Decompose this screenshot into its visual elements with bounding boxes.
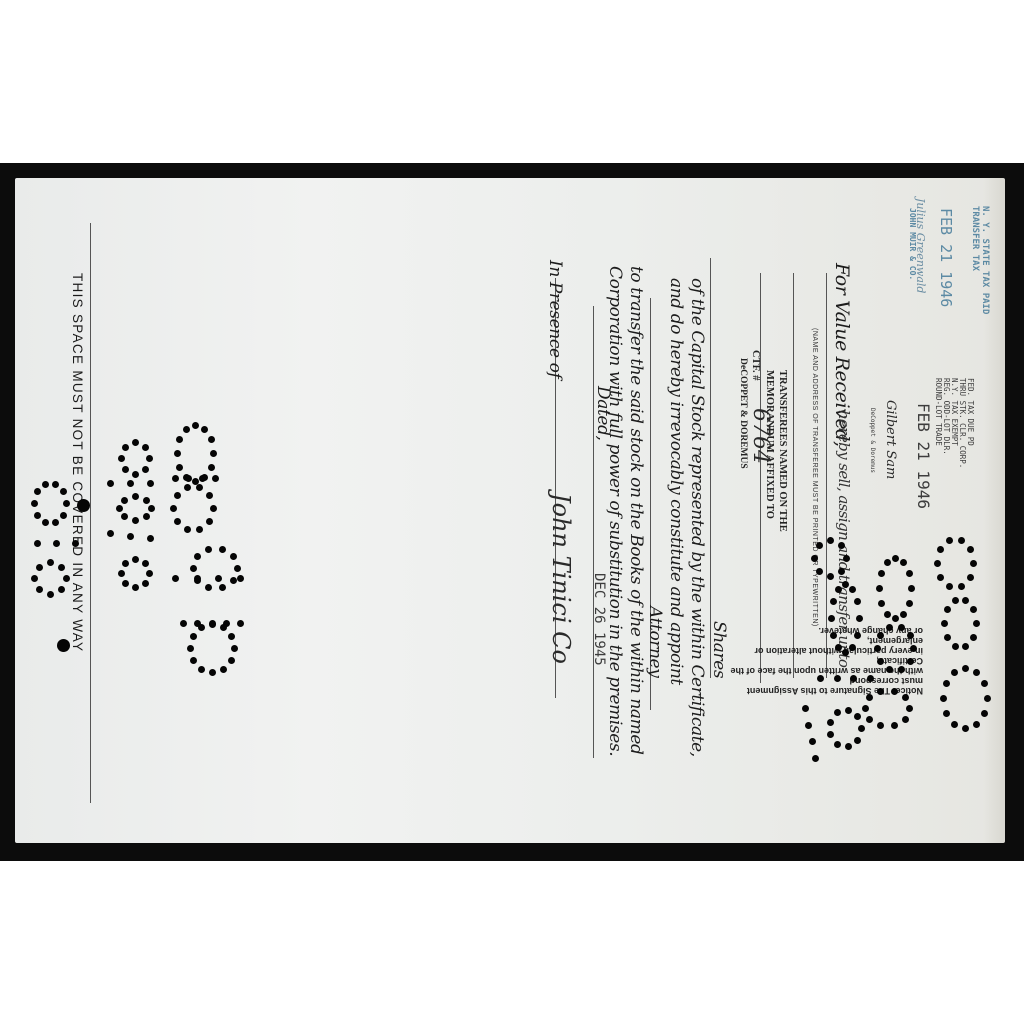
perforation-hole (884, 559, 891, 566)
perforation-hole (827, 731, 834, 738)
perforation-hole (835, 586, 842, 593)
perforation-hole (148, 505, 155, 512)
perforation-hole (42, 481, 49, 488)
perforation-hole (856, 615, 863, 622)
perforation-hole (172, 575, 179, 582)
perforation-hole (878, 600, 885, 607)
perforation-hole (866, 716, 873, 723)
perforation-hole (908, 585, 915, 592)
perforation-hole (877, 658, 884, 665)
perforation-hole (967, 546, 974, 553)
perforation-hole (34, 488, 41, 495)
perforation-hole (210, 505, 217, 512)
perforation-hole (906, 705, 913, 712)
perforation-hole (132, 493, 139, 500)
perforation-hole (874, 645, 881, 652)
perforation-hole (127, 480, 134, 487)
perforation-hole (886, 666, 893, 673)
perforation-hole (811, 555, 818, 562)
perforation-hole (52, 481, 59, 488)
perforation-hole (842, 649, 849, 656)
perforation-hole (47, 559, 54, 566)
perforation-hole (170, 505, 177, 512)
perforation-hole (146, 455, 153, 462)
perforation-hole (962, 665, 969, 672)
perforation-hole (952, 597, 959, 604)
perforation-hole (962, 725, 969, 732)
perforation-hole (940, 695, 947, 702)
perforation-hole (132, 517, 139, 524)
perforation-hole (849, 586, 856, 593)
perforation-hole (830, 598, 837, 605)
perforation-hole (967, 574, 974, 581)
perforation-hole (142, 466, 149, 473)
perforation-hole (174, 492, 181, 499)
perforation-hole (192, 422, 199, 429)
perforation-hole (147, 535, 154, 542)
perforation-hole (843, 555, 850, 562)
perforation-hole (196, 484, 203, 491)
certificate-paper: THIS SPACE MUST NOT BE COVERED IN ANY WA… (15, 178, 1005, 843)
perforation-hole (944, 634, 951, 641)
perforation-hole (34, 512, 41, 519)
perforation-hole (809, 738, 816, 745)
perforation-hole (194, 553, 201, 560)
perforation-hole (58, 564, 65, 571)
perforation-hole (198, 666, 205, 673)
perforation-hole (176, 436, 183, 443)
perforation-hole (943, 680, 950, 687)
perforation-hole (199, 475, 206, 482)
cancellation-perforations (15, 178, 1005, 843)
perforation-hole (60, 488, 67, 495)
perforation-hole (862, 705, 869, 712)
perforation-hole (958, 537, 965, 544)
perforation-hole (951, 669, 958, 676)
perforation-hole (118, 570, 125, 577)
perforation-hole (228, 657, 235, 664)
perforation-hole (941, 620, 948, 627)
perforation-hole (121, 497, 128, 504)
perforation-hole (907, 658, 914, 665)
perforation-hole (907, 632, 914, 639)
perforation-hole (77, 499, 90, 512)
perforation-hole (944, 606, 951, 613)
perforation-hole (132, 584, 139, 591)
perforation-hole (849, 644, 856, 651)
perforation-hole (208, 464, 215, 471)
perforation-hole (57, 639, 70, 652)
perforation-hole (63, 575, 70, 582)
perforation-hole (31, 575, 38, 582)
perforation-hole (142, 560, 149, 567)
perforation-hole (951, 721, 958, 728)
perforation-hole (237, 575, 244, 582)
perforation-hole (970, 560, 977, 567)
perforation-hole (838, 568, 845, 575)
perforation-hole (205, 584, 212, 591)
perforation-hole (174, 518, 181, 525)
perforation-hole (132, 439, 139, 446)
perforation-hole (878, 570, 885, 577)
perforation-hole (230, 577, 237, 584)
perforation-hole (900, 611, 907, 618)
perforation-hole (122, 580, 129, 587)
perforation-hole (122, 466, 129, 473)
perforation-hole (877, 688, 884, 695)
perforation-hole (984, 695, 991, 702)
perforation-hole (220, 666, 227, 673)
perforation-hole (220, 624, 227, 631)
perforation-hole (215, 575, 222, 582)
perforation-hole (36, 564, 43, 571)
perforation-hole (146, 570, 153, 577)
perforation-hole (194, 575, 201, 582)
perforation-hole (219, 546, 226, 553)
perforation-hole (845, 743, 852, 750)
perforation-hole (107, 530, 114, 537)
perforation-hole (981, 710, 988, 717)
perforation-hole (866, 694, 873, 701)
perforation-hole (52, 519, 59, 526)
perforation-hole (812, 755, 819, 762)
perforation-hole (892, 555, 899, 562)
perforation-hole (854, 713, 861, 720)
perforation-hole (902, 694, 909, 701)
perforation-hole (107, 480, 114, 487)
perforation-hole (906, 600, 913, 607)
perforation-hole (198, 624, 205, 631)
perforation-hole (190, 633, 197, 640)
perforation-hole (827, 537, 834, 544)
perforation-hole (962, 643, 969, 650)
perforation-hole (937, 546, 944, 553)
perforation-hole (854, 632, 861, 639)
perforation-hole (943, 710, 950, 717)
perforation-hole (898, 666, 905, 673)
perforation-hole (228, 633, 235, 640)
perforation-hole (842, 581, 849, 588)
perforation-hole (183, 426, 190, 433)
perforation-hole (838, 542, 845, 549)
perforation-hole (900, 559, 907, 566)
perforation-hole (854, 598, 861, 605)
perforation-hole (53, 540, 60, 547)
perforation-hole (892, 615, 899, 622)
perforation-hole (184, 484, 191, 491)
perforation-hole (946, 537, 953, 544)
perforation-hole (31, 500, 38, 507)
perforation-hole (143, 513, 150, 520)
perforation-hole (201, 426, 208, 433)
perforation-hole (208, 436, 215, 443)
perforation-hole (58, 586, 65, 593)
perforation-hole (172, 475, 179, 482)
perforation-hole (184, 526, 191, 533)
perforation-hole (237, 620, 244, 627)
perforation-hole (970, 606, 977, 613)
perforation-hole (827, 719, 834, 726)
perforation-hole (817, 675, 824, 682)
perforation-hole (876, 585, 883, 592)
perforation-hole (206, 518, 213, 525)
perforation-hole (209, 621, 216, 628)
perforation-hole (827, 573, 834, 580)
perforation-hole (121, 513, 128, 520)
perforation-hole (142, 580, 149, 587)
perforation-hole (845, 707, 852, 714)
perforation-hole (206, 492, 213, 499)
perforation-hole (830, 632, 837, 639)
perforation-hole (828, 615, 835, 622)
perforation-hole (946, 583, 953, 590)
perforation-hole (143, 497, 150, 504)
perforation-hole (886, 624, 893, 631)
perforation-hole (867, 675, 874, 682)
perforation-hole (816, 568, 823, 575)
perforation-hole (180, 620, 187, 627)
perforation-hole (906, 570, 913, 577)
perforation-hole (132, 556, 139, 563)
perforation-hole (60, 512, 67, 519)
perforation-hole (884, 611, 891, 618)
perforation-hole (970, 634, 977, 641)
perforation-hole (902, 716, 909, 723)
perforation-hole (834, 675, 841, 682)
perforation-hole (816, 542, 823, 549)
perforation-hole (122, 444, 129, 451)
perforation-hole (205, 546, 212, 553)
perforation-hole (72, 540, 79, 547)
perforation-hole (937, 574, 944, 581)
perforation-hole (132, 471, 139, 478)
perforation-hole (47, 591, 54, 598)
perforation-hole (805, 722, 812, 729)
perforation-hole (190, 657, 197, 664)
perforation-hole (877, 722, 884, 729)
perforation-hole (127, 533, 134, 540)
perforation-hole (142, 444, 149, 451)
perforation-hole (116, 505, 123, 512)
perforation-hole (973, 620, 980, 627)
perforation-hole (858, 725, 865, 732)
perforation-hole (891, 688, 898, 695)
perforation-hole (850, 675, 857, 682)
perforation-hole (877, 632, 884, 639)
perforation-hole (934, 560, 941, 567)
perforation-hole (891, 722, 898, 729)
perforation-hole (187, 645, 194, 652)
perforation-hole (230, 553, 237, 560)
perforation-hole (36, 586, 43, 593)
perforation-hole (973, 721, 980, 728)
perforation-hole (802, 705, 809, 712)
perforation-hole (122, 560, 129, 567)
perforation-hole (958, 583, 965, 590)
perforation-hole (34, 540, 41, 547)
perforation-hole (973, 669, 980, 676)
perforation-hole (854, 737, 861, 744)
perforation-hole (834, 709, 841, 716)
perforation-hole (835, 644, 842, 651)
perforation-hole (231, 645, 238, 652)
perforation-hole (118, 455, 125, 462)
perforation-hole (952, 643, 959, 650)
perforation-hole (63, 500, 70, 507)
perforation-hole (234, 565, 241, 572)
perforation-hole (834, 741, 841, 748)
perforation-hole (42, 519, 49, 526)
perforation-hole (176, 464, 183, 471)
perforation-hole (910, 645, 917, 652)
perforation-hole (190, 565, 197, 572)
perforation-hole (196, 526, 203, 533)
perforation-hole (962, 597, 969, 604)
perforation-hole (981, 680, 988, 687)
perforation-hole (174, 450, 181, 457)
perforation-hole (147, 480, 154, 487)
perforation-hole (210, 450, 217, 457)
perforation-hole (898, 624, 905, 631)
perforation-hole (219, 584, 226, 591)
perforation-hole (212, 475, 219, 482)
perforation-hole (209, 669, 216, 676)
